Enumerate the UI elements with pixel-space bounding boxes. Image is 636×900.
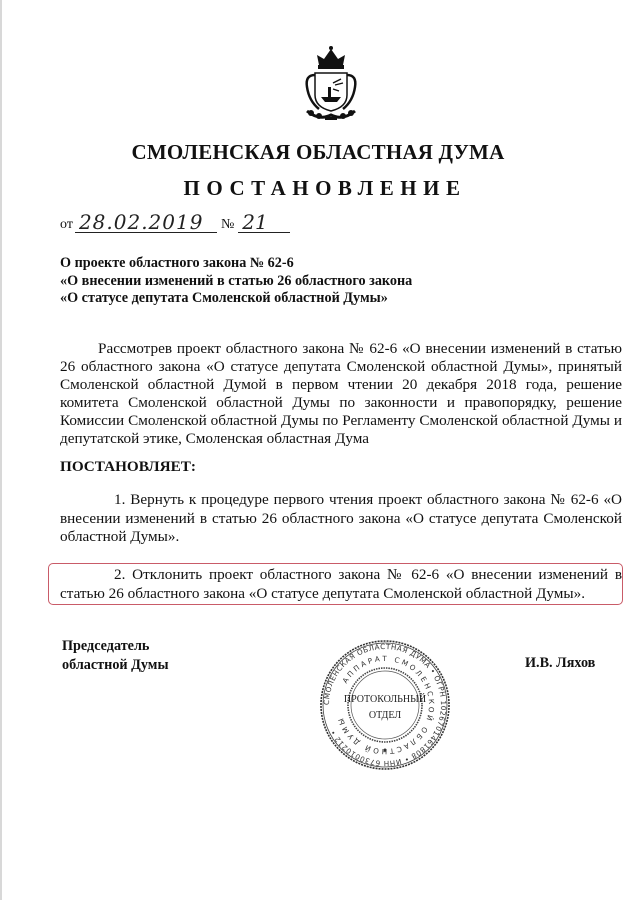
handwritten-date: 28.02.2019	[75, 212, 217, 233]
svg-text:АППАРАТ СМОЛЕНСКОЙ ОБЛАСТНОЙ Д: АППАРАТ СМОЛЕНСКОЙ ОБЛАСТНОЙ ДУМЫ	[335, 654, 436, 756]
date-number-line: от 28.02.2019 № 21	[60, 212, 290, 233]
resolution-item-1: 1. Вернуть к процедуре первого чтения пр…	[60, 491, 622, 547]
stamp-center-line-1: ПРОТОКОЛЬНЫЙ	[344, 693, 426, 705]
resolution-item-2: 2. Отклонить проект областного закона № …	[60, 566, 622, 603]
preamble-paragraph: Рассмотрев проект областного закона № 62…	[60, 340, 622, 448]
signatory-name: И.В. Ляхов	[525, 655, 595, 672]
page-edge	[0, 0, 2, 900]
subject-line-2: «О внесении изменений в статью 26 област…	[60, 273, 412, 291]
signatory-title: Председатель областной Думы	[62, 637, 169, 675]
signatory-title-line-2: областной Думы	[62, 656, 169, 675]
organization-name: СМОЛЕНСКАЯ ОБЛАСТНАЯ ДУМА	[0, 140, 636, 165]
number-label: №	[221, 217, 234, 233]
stamp-middle-ring-text: АППАРАТ СМОЛЕНСКОЙ ОБЛАСТНОЙ ДУМЫ	[335, 654, 436, 756]
subject-line-3: «О статусе депутата Смоленской областной…	[60, 290, 412, 308]
date-label: от	[60, 217, 73, 233]
document-subject: О проекте областного закона № 62-6 «О вн…	[60, 255, 412, 308]
coat-of-arms-icon	[297, 45, 365, 123]
handwritten-number: 21	[238, 212, 290, 233]
signatory-title-line-1: Председатель	[62, 637, 169, 656]
document-type: ПОСТАНОВЛЕНИЕ	[0, 176, 636, 201]
resolves-heading: ПОСТАНОВЛЯЕТ:	[60, 458, 196, 476]
subject-line-1: О проекте областного закона № 62-6	[60, 255, 412, 273]
stamp-center-line-2: ОТДЕЛ	[369, 710, 401, 721]
official-stamp: СМОЛЕНСКАЯ ОБЛАСТНАЯ ДУМА • ОГРН 1026701…	[318, 638, 452, 772]
